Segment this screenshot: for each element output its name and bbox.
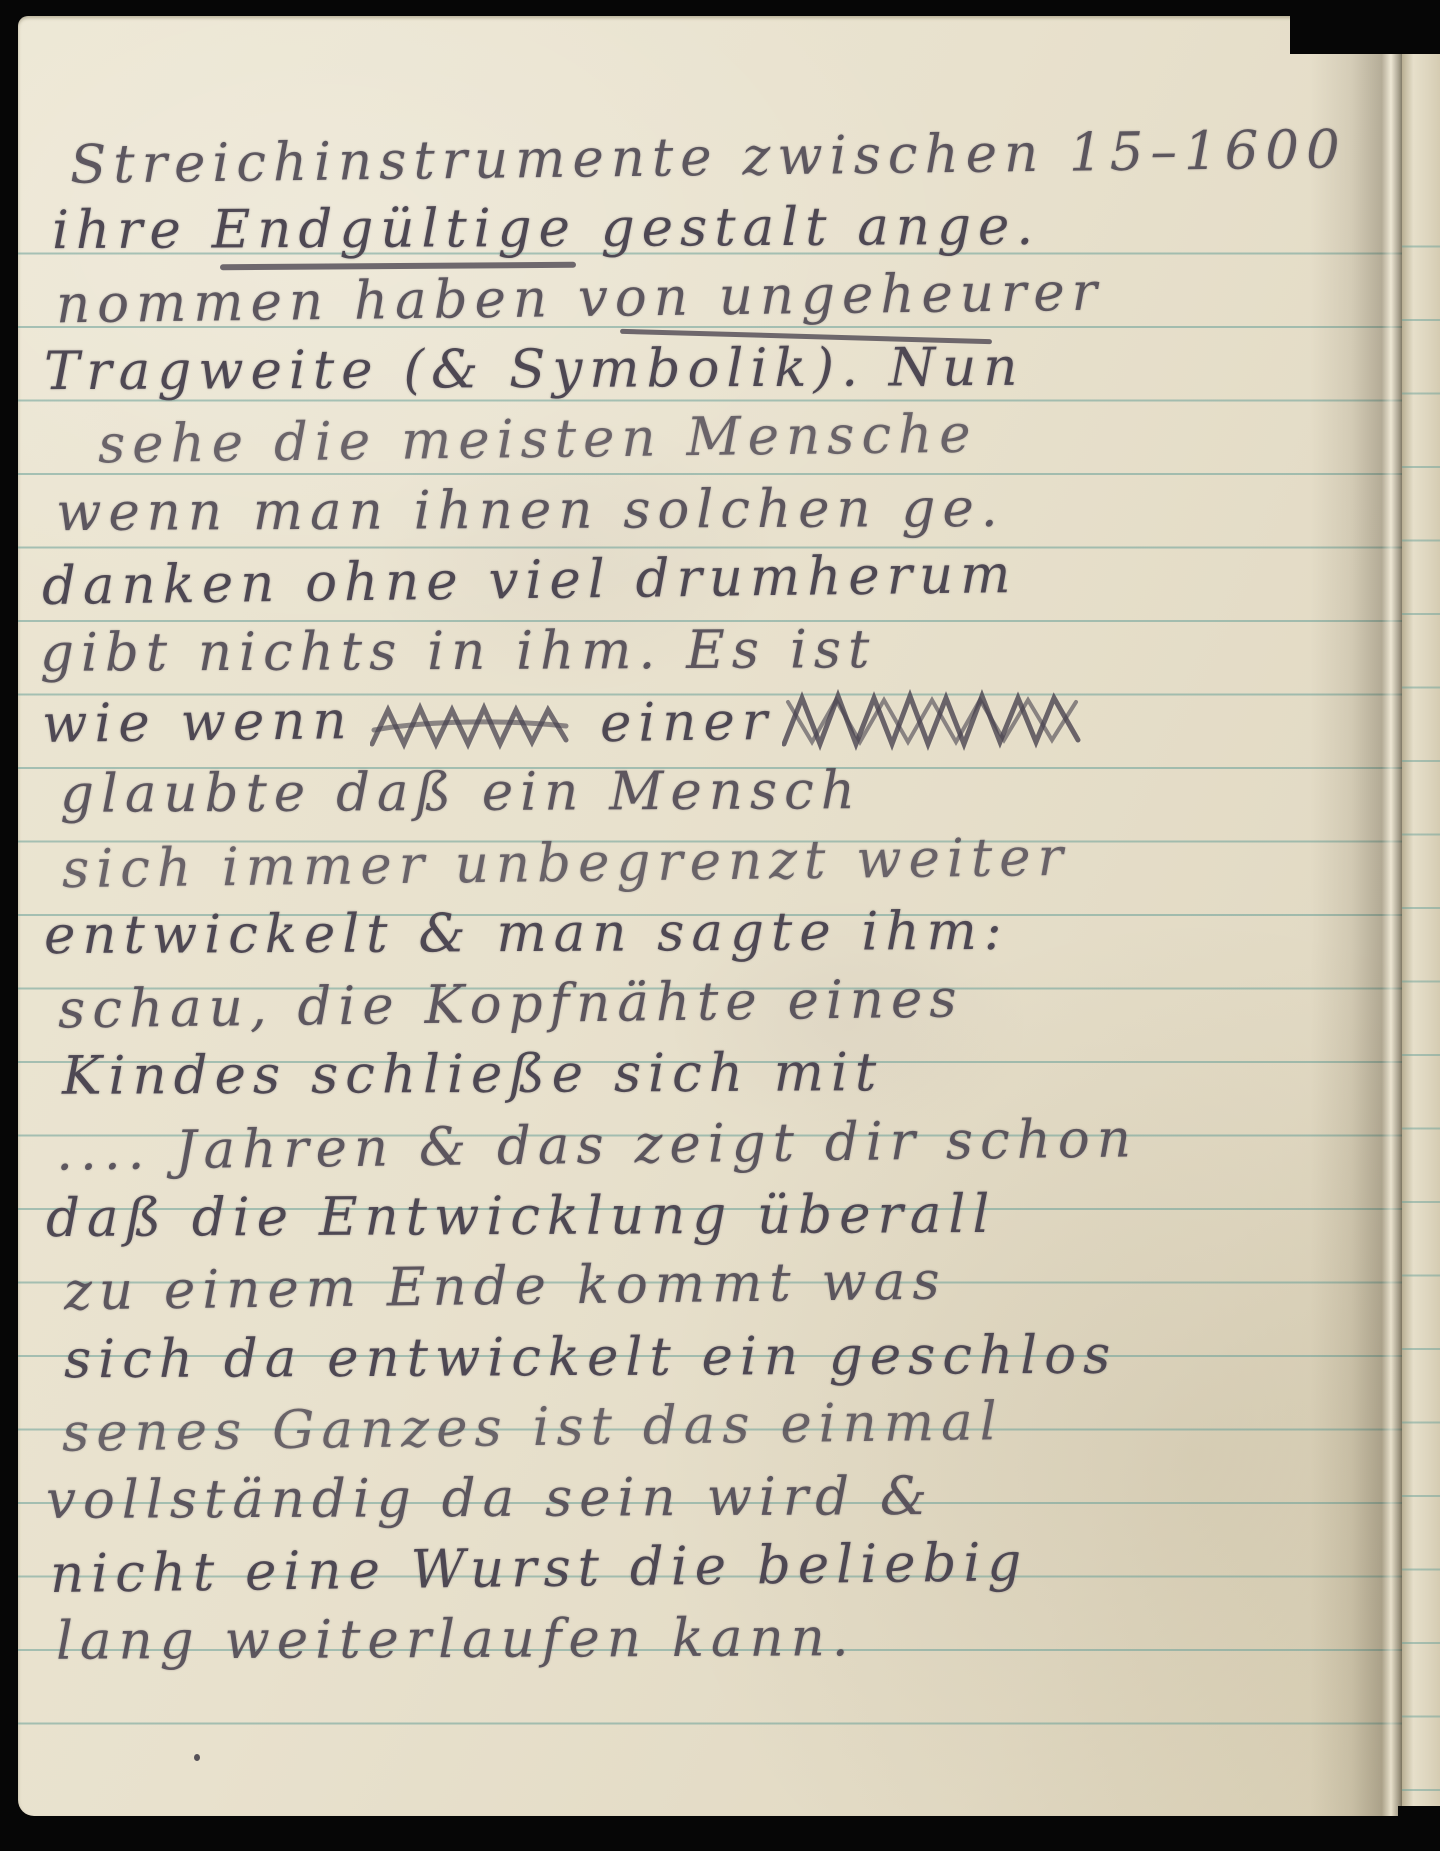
page-edge-shadow — [1310, 16, 1402, 1816]
photo-background — [0, 1816, 1440, 1851]
handwriting-line: senes Ganzes ist das einmal — [62, 1392, 1004, 1463]
photo-background — [1398, 1806, 1440, 1851]
ink-speck — [194, 1754, 200, 1761]
handwriting-line: vollständig da sein wird & — [46, 1467, 934, 1531]
handwriting-line: sehe die meisten Mensche — [98, 405, 978, 476]
next-page-sliver — [1402, 54, 1440, 1806]
handwriting-line: gibt nichts in ihm. Es ist — [40, 620, 877, 684]
handwriting-line: Tragweite (& Symbolik). Nun — [44, 338, 1025, 402]
handwriting-line: nicht eine Wurst die beliebig — [50, 1533, 1029, 1605]
photo-background — [0, 0, 18, 1851]
handwriting-line: glaubte daß ein Mensch — [60, 761, 862, 824]
handwriting-line: lang weiterlaufen kann. — [56, 1608, 856, 1671]
handwriting-line: danken ohne viel drumherum — [42, 545, 1018, 617]
photo-background — [0, 0, 1440, 16]
handwriting-line: wenn man ihnen solchen ge. — [56, 479, 1005, 543]
handwriting-line: einer — [600, 692, 775, 754]
handwriting-line: zu einem Ende kommt was — [64, 1252, 947, 1323]
ruled-lines — [1402, 174, 1440, 1794]
handwriting-line: ihre Endgültige gestalt ange. — [52, 197, 1040, 261]
handwriting-line: daß die Entwicklung überall — [46, 1185, 997, 1249]
handwriting-line: nommen haben von ungeheurer — [56, 263, 1105, 336]
handwriting-line: sich immer unbegrenzt weiter — [62, 828, 1071, 900]
notebook-photo: Streichinstrumente zwischen 15–1600 ihre… — [0, 0, 1440, 1851]
handwriting-line: schau, die Kopfnähte eines — [58, 969, 964, 1040]
handwriting-line: Kindes schließe sich mit — [62, 1043, 884, 1107]
strikethrough-scribble — [782, 686, 1082, 760]
strikethrough-scribble — [370, 696, 570, 760]
handwriting-line: sich da entwickelt ein geschlos — [64, 1326, 1117, 1391]
handwriting-line: wie wenn — [42, 691, 354, 755]
handwriting-line: entwickelt & man sagte ihm: — [44, 902, 1009, 966]
photo-background — [1290, 0, 1440, 54]
